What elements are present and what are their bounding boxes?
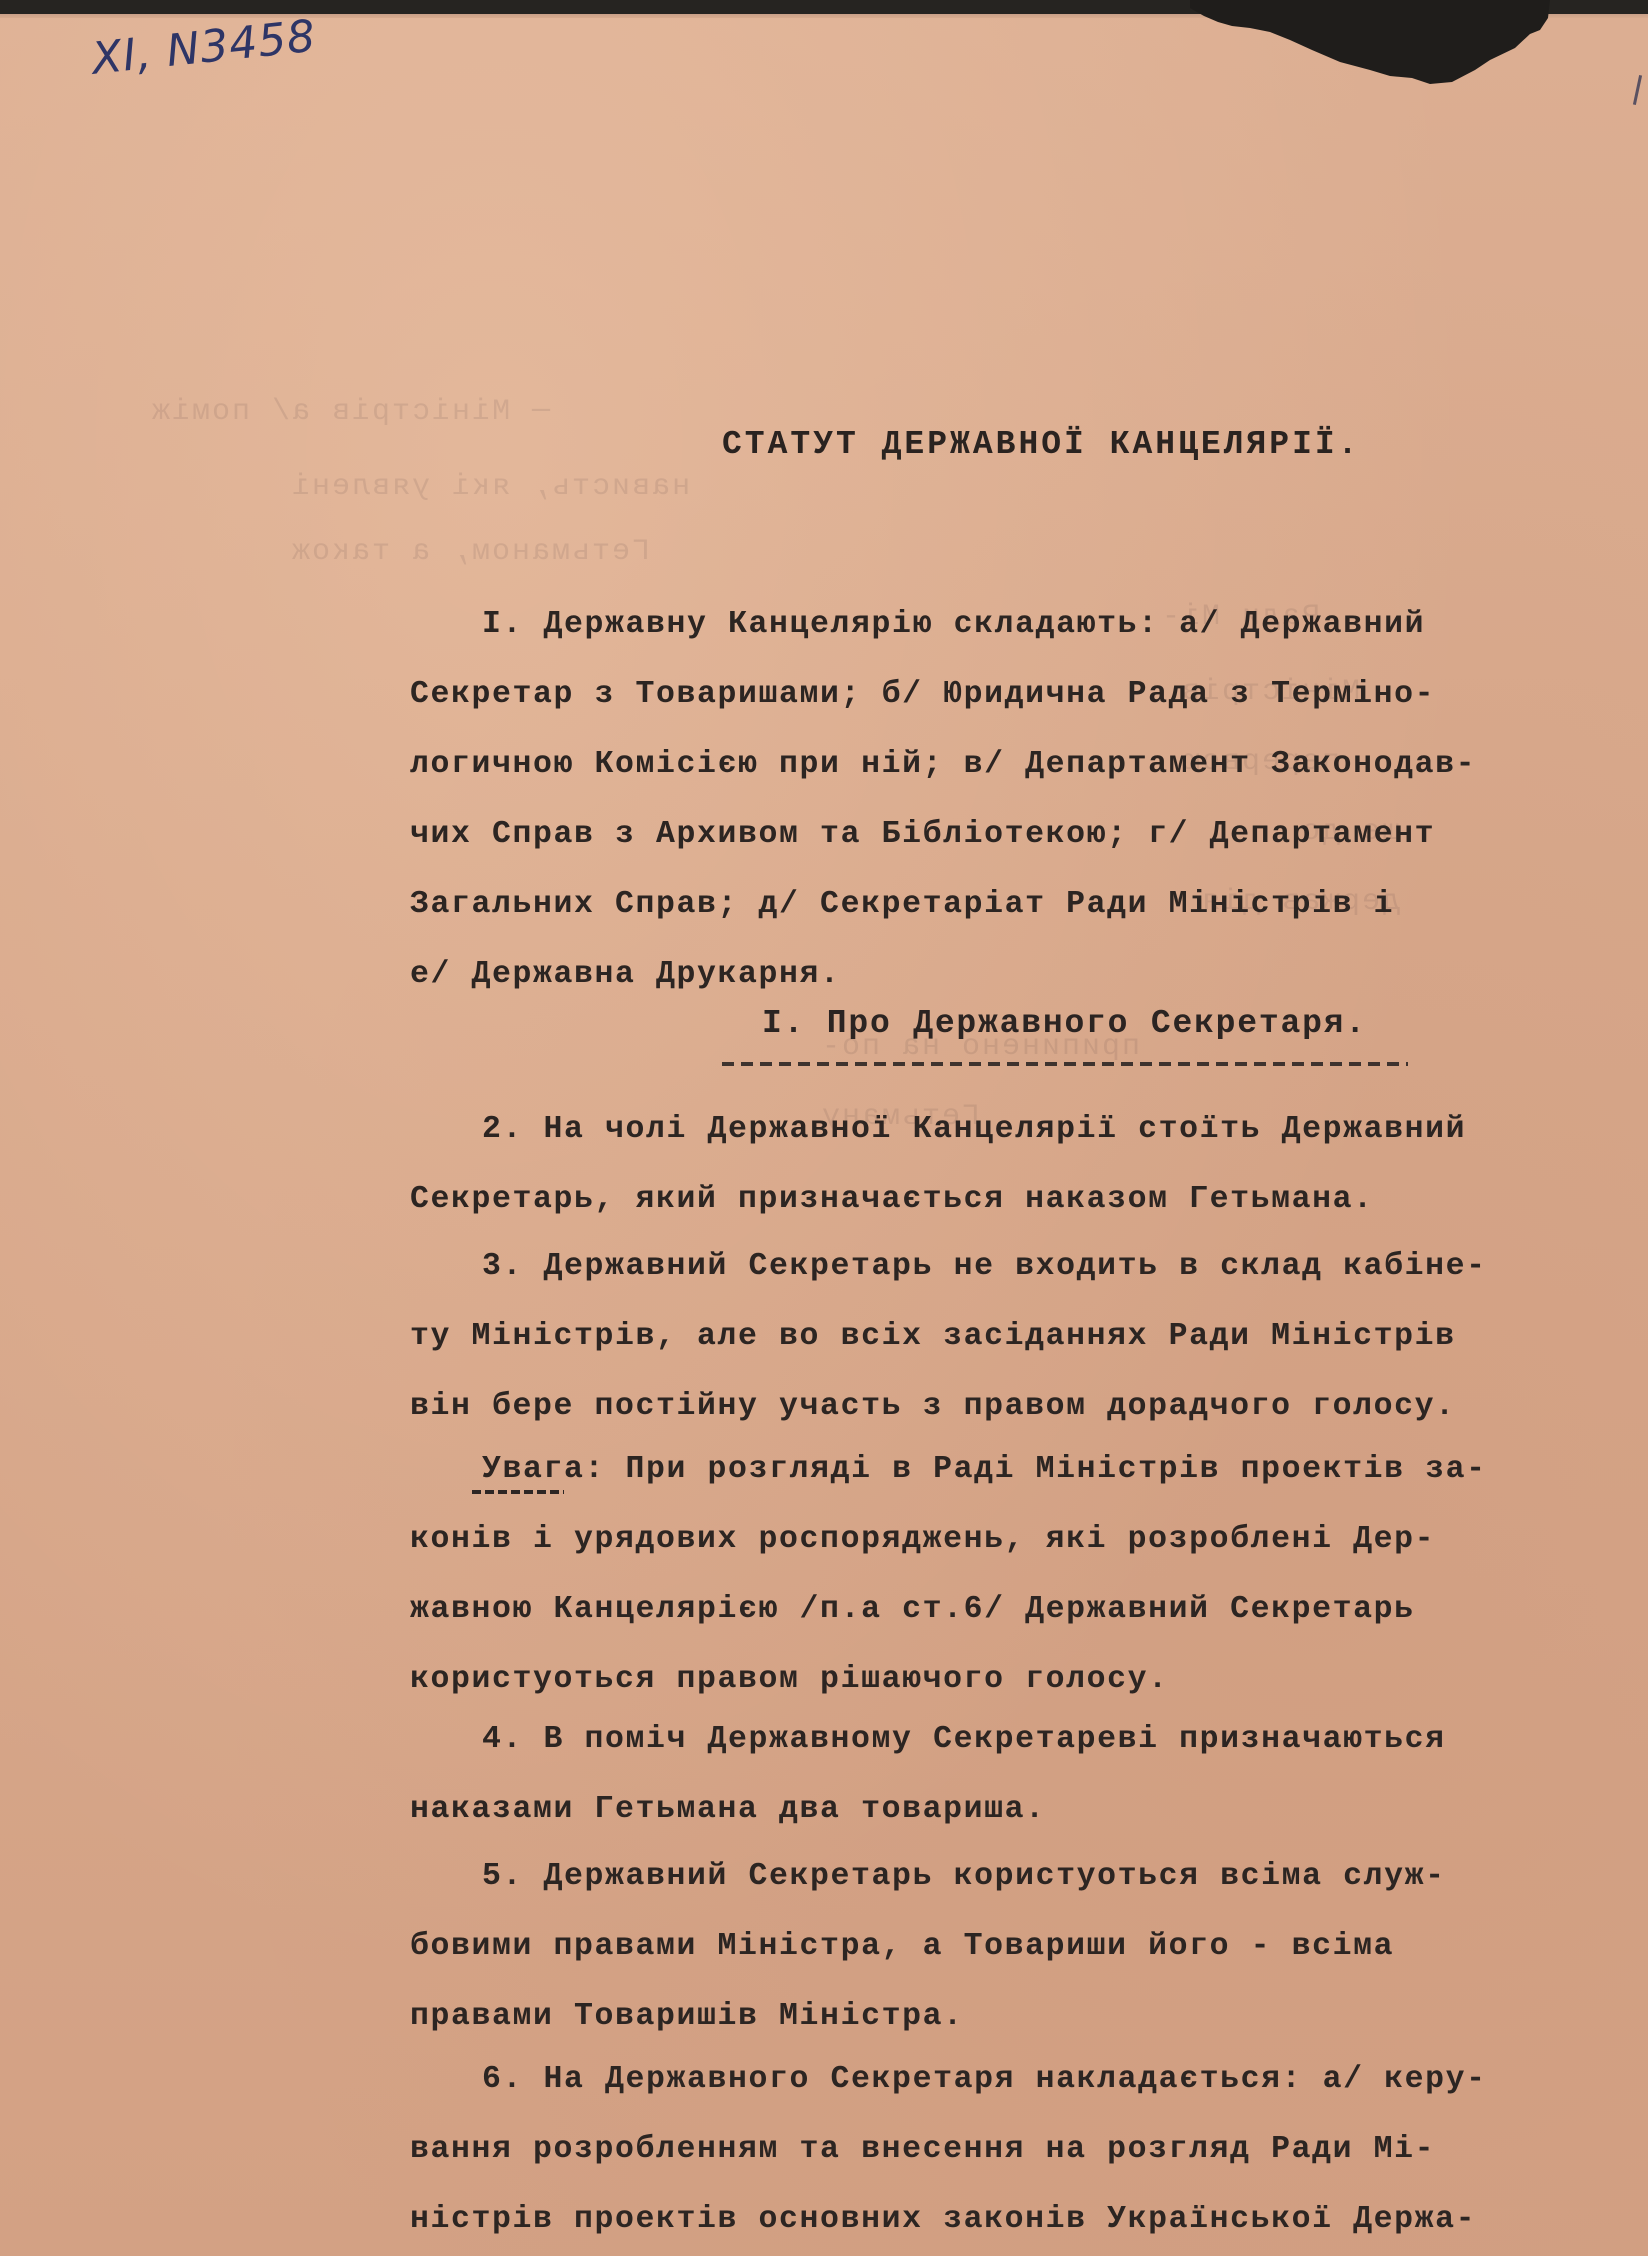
text-line: Секретарь, який призначається наказом Ге…: [410, 1165, 1590, 1235]
archive-reference-number: XI, N3458: [89, 11, 318, 85]
note-label: Увага:: [482, 1452, 605, 1487]
text-line: бовими правами Міністра, а Товариши його…: [410, 1912, 1590, 1982]
text-line: конів і урядових роспоряджень, які розро…: [410, 1505, 1590, 1575]
paragraph-5: 5. Державний Секретарь користуоться всім…: [410, 1842, 1590, 2052]
text-line: 4. В поміч Державному Секретареві призна…: [410, 1705, 1590, 1775]
text-line: ту Міністрів, але во всіх засіданнях Рад…: [410, 1302, 1590, 1372]
text-line: чих Справ з Архивом та Бібліотекою; г/ Д…: [410, 800, 1590, 870]
document-title: СТАТУТ ДЕРЖАВНОЇ КАНЦЕЛЯРІЇ.: [722, 426, 1361, 463]
text-line: правами Товаришів Міністра.: [410, 1982, 1590, 2052]
paragraph-3: 3. Державний Секретарь не входить в скла…: [410, 1232, 1590, 1442]
bleed-through-text: ─ Міністрів а/ поміж: [150, 395, 590, 429]
bleed-through-text: Гетьманом, а також: [290, 535, 650, 569]
note-paragraph: Увага: При розгляді в Раді Міністрів про…: [410, 1435, 1590, 1715]
text-line: 5. Державний Секретарь користуоться всім…: [410, 1842, 1590, 1912]
section-heading: I. Про Державного Секретаря.: [762, 1005, 1367, 1042]
paragraph-6: 6. На Державного Секретаря накладається:…: [410, 2045, 1590, 2255]
text-line: I. Державну Канцелярію складають: а/ Дер…: [410, 590, 1590, 660]
paragraph-1: I. Державну Канцелярію складають: а/ Дер…: [410, 590, 1590, 1010]
text-line: 3. Державний Секретарь не входить в скла…: [410, 1232, 1590, 1302]
document-page: XI, N3458 ─ Міністрів а/ поміж нависть, …: [0, 0, 1648, 2256]
note-label-underline: [472, 1490, 564, 1494]
torn-corner-damage: [1190, 0, 1550, 90]
paragraph-2: 2. На чолі Державної Канцелярії стоїть Д…: [410, 1095, 1590, 1235]
text-line: вання розробленням та внесення на розгля…: [410, 2115, 1590, 2185]
text-line: Увага: При розгляді в Раді Міністрів про…: [410, 1435, 1590, 1505]
bleed-through-text: нависть, які уявлені: [290, 470, 690, 504]
text-line: Секретар з Товаришами; б/ Юридична Рада …: [410, 660, 1590, 730]
text-line: логичною Комісією при ній; в/ Департамен…: [410, 730, 1590, 800]
text-line: 2. На чолі Державної Канцелярії стоїть Д…: [410, 1095, 1590, 1165]
text-line: жавною Канцелярією /п.а ст.6/ Державний …: [410, 1575, 1590, 1645]
text-line: е/ Державна Друкарня.: [410, 940, 1590, 1010]
text-line: Загальних Справ; д/ Секретаріат Ради Мін…: [410, 870, 1590, 940]
pencil-mark: [1633, 75, 1642, 105]
text-line: він бере постійну участь з правом дорадч…: [410, 1372, 1590, 1442]
text-line: наказами Гетьмана два товариша.: [410, 1775, 1590, 1845]
paragraph-4: 4. В поміч Державному Секретареві призна…: [410, 1705, 1590, 1845]
text-line: ністрів проектів основних законів Україн…: [410, 2185, 1590, 2255]
dashed-underline: [722, 1062, 1408, 1066]
text-line: 6. На Державного Секретаря накладається:…: [410, 2045, 1590, 2115]
